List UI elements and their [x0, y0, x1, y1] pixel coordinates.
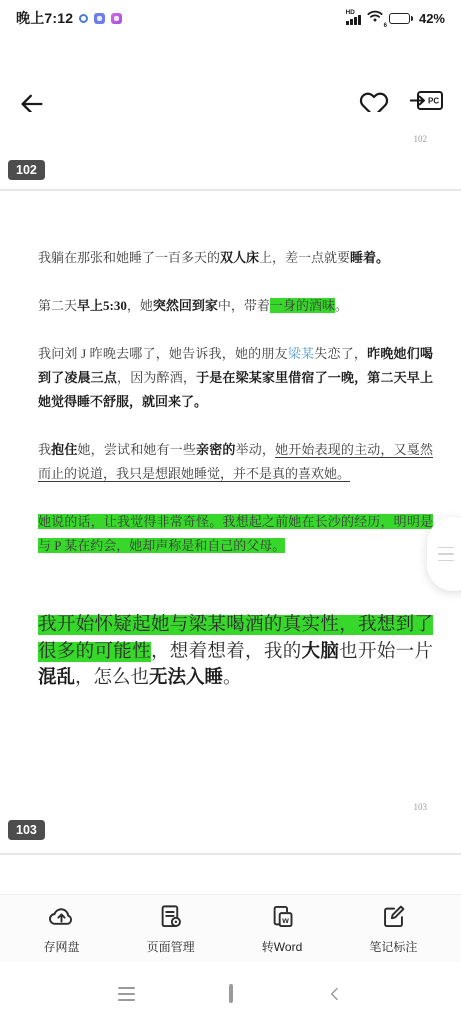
bold-text: 亲密的: [196, 442, 236, 457]
bottom-toolbar: 存网盘 页面管理 w: [0, 894, 461, 962]
page-badge-103: 103: [8, 820, 45, 840]
highlight-annotation[interactable]: 她说的话，让我觉得非常奇怪。我想起之前她在长沙的经历，明明是与 P 某在约会，她…: [38, 514, 433, 553]
toolbar-label: 页面管理: [147, 938, 195, 955]
paragraph: 第二天早上5:30，她突然回到家中，带着一身的酒味。: [38, 294, 433, 318]
recents-button[interactable]: [118, 987, 135, 1001]
text-segment: 失恋了，: [314, 346, 367, 361]
bold-text: 混乱: [38, 668, 75, 688]
svg-text:PC: PC: [428, 97, 439, 106]
bold-text: 早上5:30: [77, 298, 127, 313]
save-to-cloud-button[interactable]: 存网盘: [44, 903, 80, 955]
text-segment: 中，带着: [218, 298, 270, 313]
text-segment: 第二天: [38, 298, 77, 313]
text-segment: 。: [335, 298, 348, 313]
clock: 晚上7:12: [16, 8, 73, 28]
text-segment: 举动，: [236, 442, 276, 457]
text-segment: ，她: [127, 298, 153, 313]
text-segment: 。: [223, 668, 242, 688]
cloud-upload-icon: [48, 903, 75, 933]
text-segment: 上，差一点就要: [259, 250, 350, 265]
notification-app-icon: [94, 13, 105, 24]
battery-percent: 42%: [419, 11, 445, 26]
paragraph: 我开始怀疑起她与梁某喝酒的真实性，我想到了很多的可能性，想着想着，我的大脑也开始…: [38, 612, 433, 692]
toolbar-label: 笔记标注: [369, 938, 417, 955]
floating-menu-handle[interactable]: [427, 517, 461, 591]
page-divider: [0, 853, 461, 855]
text-segment: 也开始一片: [339, 642, 433, 662]
svg-text:w: w: [281, 914, 289, 924]
page-badge-102: 102: [8, 160, 45, 180]
text-segment: ，想着想着，我的: [151, 642, 302, 662]
text-segment: ，因为醉酒，: [117, 370, 196, 385]
battery-icon: [389, 13, 413, 24]
doc-body: 我躺在那张和她睡了一百多天的双人床上，差一点就要睡着。第二天早上5:30，她突然…: [0, 191, 461, 716]
cellular-signal-icon: HD: [346, 12, 361, 25]
printed-page-number: 102: [414, 134, 428, 144]
text-segment: 我问刘 J 昨晚去哪了，她告诉我，她的朋友: [38, 346, 288, 361]
bold-text: 突然回到家: [153, 298, 218, 313]
wifi-icon: 6: [367, 9, 383, 27]
notification-dot-icon: [79, 14, 88, 23]
app-bar: PC: [0, 34, 461, 112]
toolbar-label: 存网盘: [44, 938, 80, 955]
bold-text: 双人床: [220, 250, 259, 265]
highlight-annotation[interactable]: 一身的酒味: [270, 298, 335, 313]
bold-text: 睡着。: [350, 250, 389, 265]
to-word-icon: w: [269, 903, 296, 933]
convert-to-word-button[interactable]: w 转Word: [262, 903, 302, 955]
home-icon: [229, 984, 233, 1003]
page-manage-button[interactable]: 页面管理: [147, 903, 195, 955]
bold-text: 无法入睡: [149, 668, 223, 688]
text-segment: 我: [38, 442, 51, 457]
toolbar-label: 转Word: [262, 938, 302, 955]
name-link[interactable]: 梁某: [288, 346, 314, 361]
note-annotate-button[interactable]: 笔记标注: [369, 903, 417, 955]
note-annotate-icon: [380, 903, 407, 933]
bold-text: 抱住: [51, 442, 77, 457]
printed-page-number: 103: [414, 802, 428, 812]
paragraph: 我抱住她，尝试和她有一些亲密的举动，她开始表现的主动，又戛然而止的说道，我只是想…: [38, 438, 433, 486]
status-bar: 晚上7:12 HD 6 42%: [0, 0, 461, 34]
paragraph: 我躺在那张和她睡了一百多天的双人床上，差一点就要睡着。: [38, 246, 433, 270]
android-nav-bar: [0, 962, 461, 1024]
phone-screen: 晚上7:12 HD 6 42%: [0, 0, 461, 1024]
chevron-left-icon: [327, 990, 343, 1005]
paragraph: 她说的话，让我觉得非常奇怪。我想起之前她在长沙的经历，明明是与 P 某在约会，她…: [38, 510, 433, 558]
paragraph: 我问刘 J 昨晚去哪了，她告诉我，她的朋友梁某失恋了，昨晚她们喝到了凌晨三点，因…: [38, 342, 433, 414]
text-segment: 我躺在那张和她睡了一百多天的: [38, 250, 220, 265]
reader-view[interactable]: 102 102 我躺在那张和她睡了一百多天的双人床上，差一点就要睡着。第二天早上…: [0, 112, 461, 894]
page-manage-icon: [157, 903, 184, 933]
bold-text: 大脑: [302, 642, 340, 662]
text-segment: 她，尝试和她有一些: [78, 442, 197, 457]
text-segment: ，怎么也: [75, 668, 149, 688]
notification-app-icon: [111, 13, 122, 24]
menu-icon: [118, 987, 135, 1001]
back-nav-button[interactable]: [327, 986, 343, 1002]
